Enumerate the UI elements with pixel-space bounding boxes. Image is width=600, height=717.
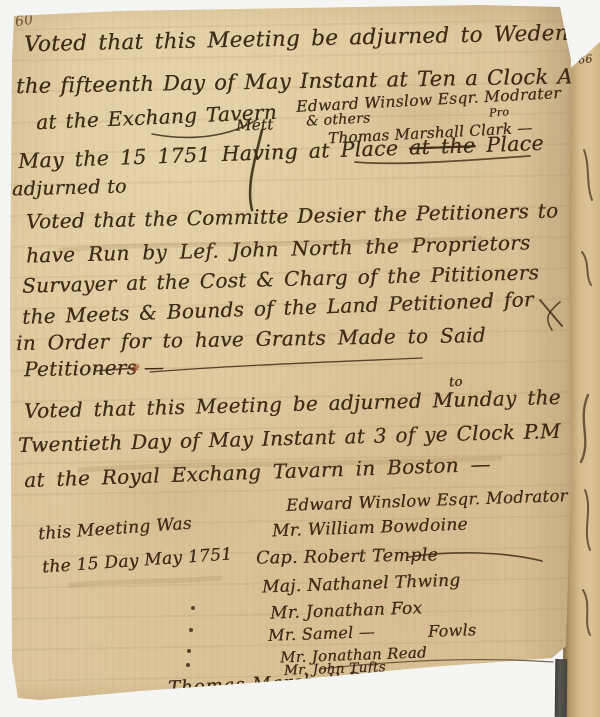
date-struck-words: at the (409, 133, 476, 159)
date-part1: May the 15 1751 Having at (18, 138, 330, 173)
manuscript-line-vote2-6: Petitioners — (24, 356, 164, 381)
manuscript-line-vote1-1: Voted that this Meeting be adjurned to W… (24, 21, 600, 58)
ink-dot (189, 628, 193, 632)
manuscript-line-vote2-5: in Order for to have Grants Made to Said (16, 324, 486, 355)
bookmark-ribbon (555, 659, 568, 717)
folio-number-right: 66 (577, 53, 593, 67)
attendee-name: Mr. Jonathan Fox (270, 599, 423, 624)
meeting-was-line2: the 15 Day May 1751 (42, 545, 233, 578)
attendee-name: Mr. Samel — (268, 623, 376, 645)
mett-insertion: Mett (236, 116, 274, 135)
meeting-was-line1: this Meeting Was (38, 515, 193, 545)
folio-number-left: 60 (14, 12, 35, 31)
attendee-name: Maj. Nathanel Thwing (262, 572, 461, 598)
ink-dot (186, 663, 190, 667)
ink-dot (187, 649, 191, 653)
manuscript-line-vote3-1: Voted that this Meeting be adjurned Mund… (24, 386, 561, 423)
manuscript-line-vote3-3: at the Royal Exchang Tavarn in Boston — (24, 453, 491, 492)
pro-superscript: Pro (489, 106, 510, 120)
manuscript-line-adjourned-to: adjurned to (12, 177, 127, 202)
moderator-signature: Edward Winslow Esqr. Modrator (286, 487, 568, 516)
date-part3: Place (486, 131, 544, 157)
attendee-name: Fowls (428, 621, 477, 641)
attendee-name: Cap. Robert Temple (256, 545, 439, 568)
manuscript-line-vote2-1: Voted that the Committe Desier the Petit… (26, 199, 559, 233)
attendee-name: Mr. William Bowdoine (272, 516, 468, 542)
manuscript-line-date: May the 15 1751 Having at Place at the P… (18, 132, 544, 174)
date-part2: Place (340, 136, 398, 162)
ink-dot (191, 606, 195, 610)
manuscript-page: 60 Voted that this Meeting be adjurned t… (0, 0, 600, 717)
